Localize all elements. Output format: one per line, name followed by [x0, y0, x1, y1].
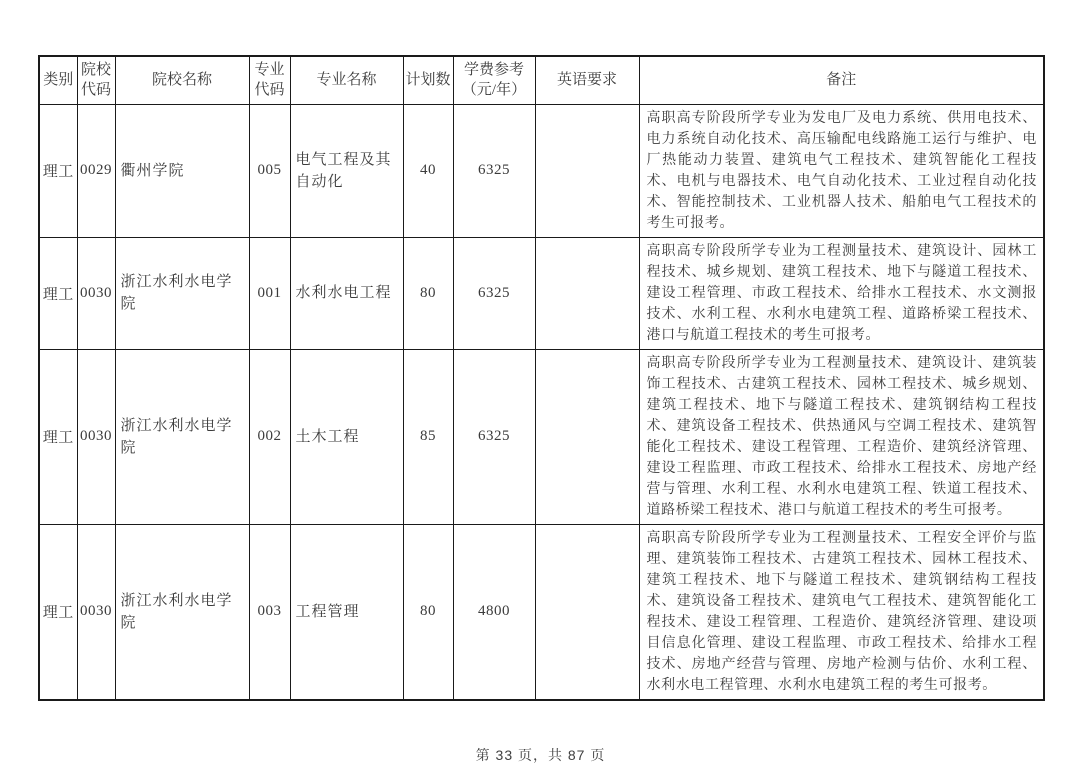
admissions-plan-table: 类别 院校代码 院校名称 专业代码 专业名称 计划数 学费参考 （元/年） 英语…: [38, 55, 1045, 701]
document-page: 类别 院校代码 院校名称 专业代码 专业名称 计划数 学费参考 （元/年） 英语…: [0, 0, 1080, 764]
table-row: 理工 0029 衢州学院 005 电气工程及其自动化 40 6325 高职高专阶…: [39, 104, 1044, 237]
cell-major-code: 003: [249, 524, 290, 700]
cell-tuition: 6325: [453, 349, 535, 524]
column-header-english-requirement: 英语要求: [535, 56, 639, 104]
cell-english-requirement: [535, 349, 639, 524]
cell-plan-count: 80: [403, 524, 453, 700]
cell-college-code: 0029: [77, 104, 115, 237]
table-header-row: 类别 院校代码 院校名称 专业代码 专业名称 计划数 学费参考 （元/年） 英语…: [39, 56, 1044, 104]
column-header-plan-count: 计划数: [403, 56, 453, 104]
cell-english-requirement: [535, 237, 639, 349]
cell-college-code: 0030: [77, 237, 115, 349]
cell-remarks: 高职高专阶段所学专业为工程测量技术、建筑设计、园林工程技术、城乡规划、建筑工程技…: [639, 237, 1044, 349]
cell-college-name: 浙江水利水电学院: [115, 524, 249, 700]
column-header-major-name: 专业名称: [290, 56, 403, 104]
cell-remarks: 高职高专阶段所学专业为发电厂及电力系统、供用电技术、电力系统自动化技术、高压输配…: [639, 104, 1044, 237]
cell-tuition: 6325: [453, 237, 535, 349]
cell-category: 理工: [39, 237, 77, 349]
cell-remarks: 高职高专阶段所学专业为工程测量技术、建筑设计、建筑装饰工程技术、古建筑工程技术、…: [639, 349, 1044, 524]
cell-english-requirement: [535, 104, 639, 237]
cell-category: 理工: [39, 524, 77, 700]
cell-major-name: 水利水电工程: [290, 237, 403, 349]
page-number-footer: 第 33 页，共 87 页: [38, 745, 1043, 764]
column-header-category: 类别: [39, 56, 77, 104]
cell-major-name: 土木工程: [290, 349, 403, 524]
cell-major-name: 工程管理: [290, 524, 403, 700]
cell-remarks: 高职高专阶段所学专业为工程测量技术、工程安全评价与监理、建筑装饰工程技术、古建筑…: [639, 524, 1044, 700]
column-header-major-code: 专业代码: [249, 56, 290, 104]
table-row: 理工 0030 浙江水利水电学院 003 工程管理 80 4800 高职高专阶段…: [39, 524, 1044, 700]
cell-plan-count: 40: [403, 104, 453, 237]
column-header-remarks: 备注: [639, 56, 1044, 104]
cell-category: 理工: [39, 104, 77, 237]
cell-major-code: 001: [249, 237, 290, 349]
cell-plan-count: 85: [403, 349, 453, 524]
column-header-college-name: 院校名称: [115, 56, 249, 104]
column-header-college-code: 院校代码: [77, 56, 115, 104]
cell-major-code: 005: [249, 104, 290, 237]
cell-college-code: 0030: [77, 349, 115, 524]
cell-college-name: 衢州学院: [115, 104, 249, 237]
cell-english-requirement: [535, 524, 639, 700]
cell-college-code: 0030: [77, 524, 115, 700]
column-header-tuition: 学费参考 （元/年）: [453, 56, 535, 104]
table-row: 理工 0030 浙江水利水电学院 001 水利水电工程 80 6325 高职高专…: [39, 237, 1044, 349]
cell-category: 理工: [39, 349, 77, 524]
cell-college-name: 浙江水利水电学院: [115, 349, 249, 524]
table-row: 理工 0030 浙江水利水电学院 002 土木工程 85 6325 高职高专阶段…: [39, 349, 1044, 524]
cell-plan-count: 80: [403, 237, 453, 349]
cell-tuition: 4800: [453, 524, 535, 700]
cell-major-code: 002: [249, 349, 290, 524]
cell-college-name: 浙江水利水电学院: [115, 237, 249, 349]
cell-tuition: 6325: [453, 104, 535, 237]
cell-major-name: 电气工程及其自动化: [290, 104, 403, 237]
